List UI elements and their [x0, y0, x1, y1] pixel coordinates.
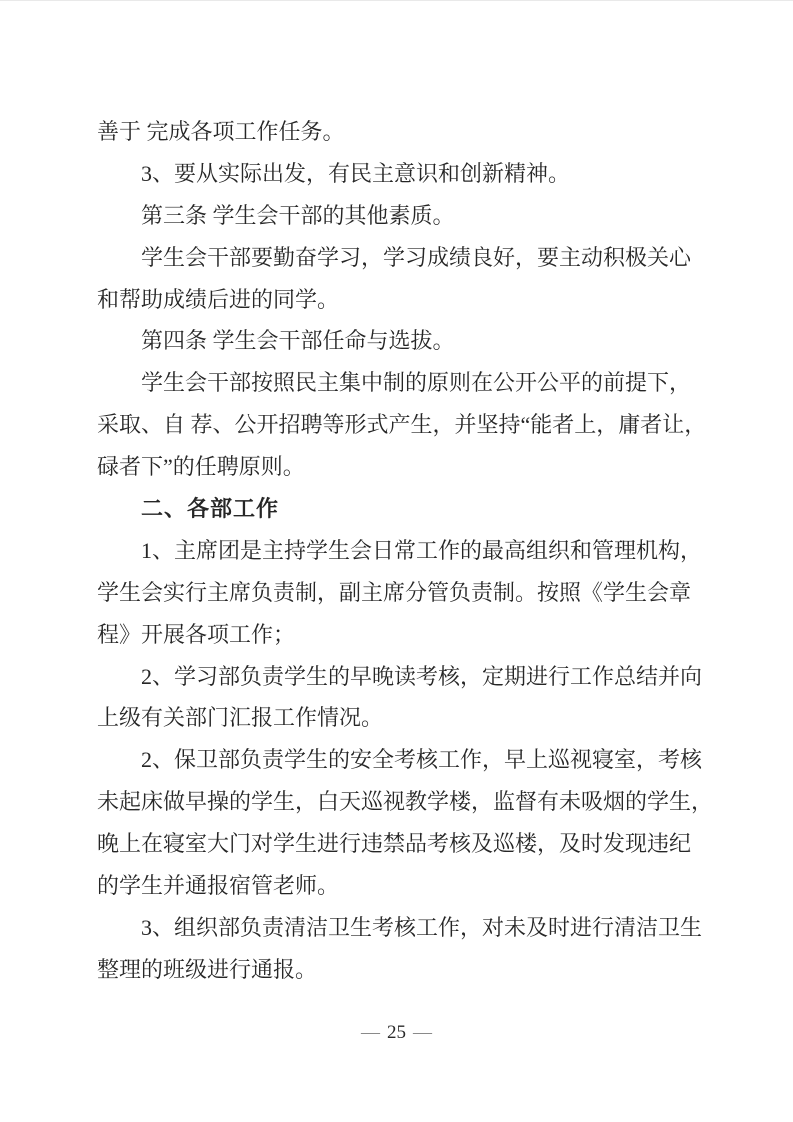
document-page: 善于 完成各项工作任务。3、要从实际出发，有民主意识和创新精神。第三条 学生会干… — [0, 0, 793, 1122]
text-line: 2、保卫部负责学生的安全考核工作，早上巡视寝室，考核 — [97, 739, 691, 781]
text-line: 3、组织部负责清洁卫生考核工作，对未及时进行清洁卫生 — [97, 907, 691, 949]
page-number: 25 — [387, 1022, 406, 1043]
text-line: 学生会干部按照民主集中制的原则在公开公平的前提下， — [97, 362, 691, 404]
text-line: 的学生并通报宿管老师。 — [97, 865, 691, 907]
footer-dash-left: — — [361, 1022, 380, 1043]
text-line: 善于 完成各项工作任务。 — [97, 111, 691, 153]
page-top-edge — [0, 0, 793, 1]
text-line: 和帮助成绩后进的同学。 — [97, 279, 691, 321]
page-footer: —25— — [0, 1022, 793, 1044]
section-heading: 二、各部工作 — [97, 488, 691, 530]
text-line: 第四条 学生会干部任命与选拔。 — [97, 320, 691, 362]
text-line: 碌者下”的任聘原则。 — [97, 446, 691, 488]
document-content: 善于 完成各项工作任务。3、要从实际出发，有民主意识和创新精神。第三条 学生会干… — [97, 111, 691, 991]
text-line: 第三条 学生会干部的其他素质。 — [97, 195, 691, 237]
footer-dash-right: — — [413, 1022, 432, 1043]
text-line: 学生会干部要勤奋学习，学习成绩良好，要主动积极关心 — [97, 237, 691, 279]
text-line: 上级有关部门汇报工作情况。 — [97, 697, 691, 739]
text-line: 1、主席团是主持学生会日常工作的最高组织和管理机构， — [97, 530, 691, 572]
text-line: 整理的班级进行通报。 — [97, 949, 691, 991]
text-line: 晚上在寝室大门对学生进行违禁品考核及巡楼，及时发现违纪 — [97, 823, 691, 865]
text-line: 采取、自 荐、公开招聘等形式产生，并坚持“能者上，庸者让， — [97, 404, 691, 446]
text-line: 学生会实行主席负责制，副主席分管负责制。按照《学生会章 — [97, 572, 691, 614]
text-line: 程》开展各项工作； — [97, 614, 691, 656]
text-line: 3、要从实际出发，有民主意识和创新精神。 — [97, 153, 691, 195]
text-line: 未起床做早操的学生，白天巡视教学楼，监督有未吸烟的学生， — [97, 781, 691, 823]
text-line: 2、学习部负责学生的早晚读考核，定期进行工作总结并向 — [97, 656, 691, 698]
